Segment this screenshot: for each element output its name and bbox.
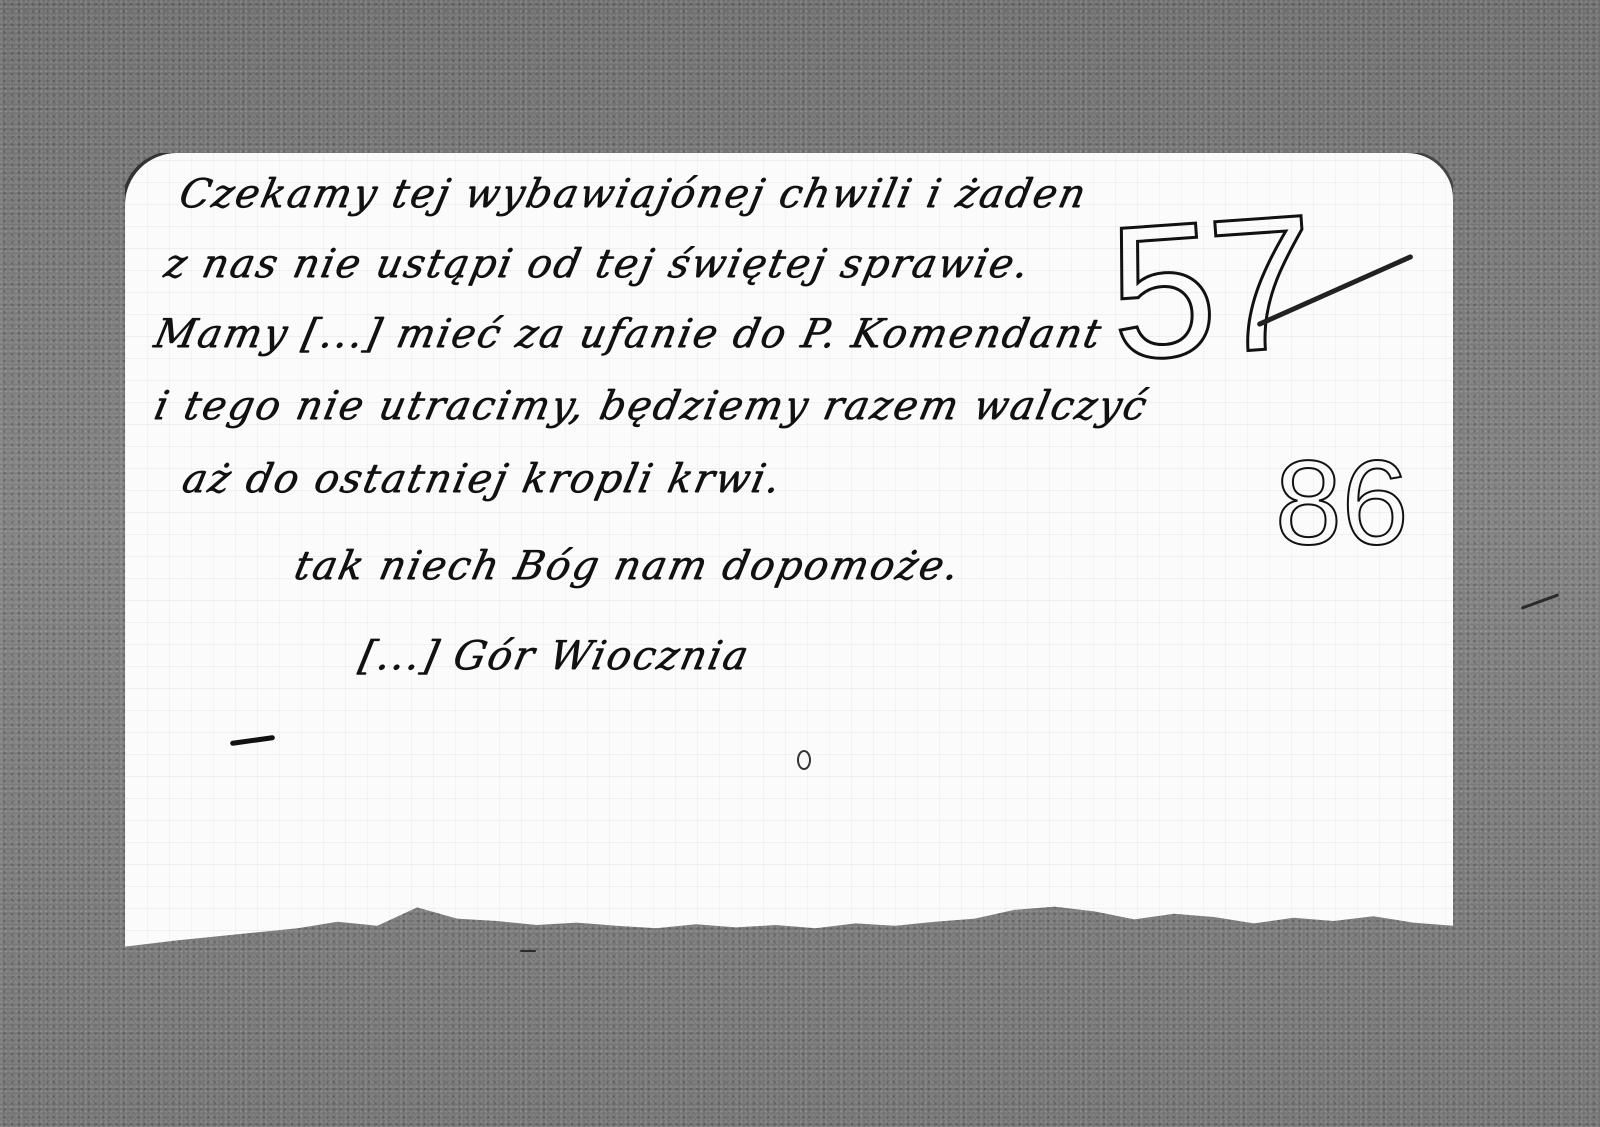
text-line-6: tak niech Bóg nam dopomoże. [290, 543, 965, 589]
text-line-3: Mamy [...] mieć za ufanie do P. Komendan… [150, 311, 1107, 357]
signature-line: [...] Gór Wiocznia [355, 633, 754, 679]
text-line-5: aż do ostatniej kropli krwi. [178, 456, 786, 502]
ink-blot-mark [797, 750, 811, 770]
archive-number-57: 57 [1104, 186, 1316, 389]
ink-dash-mark [230, 735, 275, 746]
handwritten-card: Czekamy tej wybawiajónej chwili i żaden … [125, 153, 1453, 953]
text-line-1: Czekamy tej wybawiajónej chwili i żaden [175, 171, 1091, 217]
stray-mark [1521, 593, 1560, 609]
archive-number-86: 86 [1275, 443, 1408, 563]
text-line-2: z nas nie ustąpi od tej świętej sprawie. [160, 241, 1035, 287]
stray-mark [520, 950, 536, 952]
text-line-4: i tego nie utracimy, będziemy razem walc… [150, 383, 1152, 429]
